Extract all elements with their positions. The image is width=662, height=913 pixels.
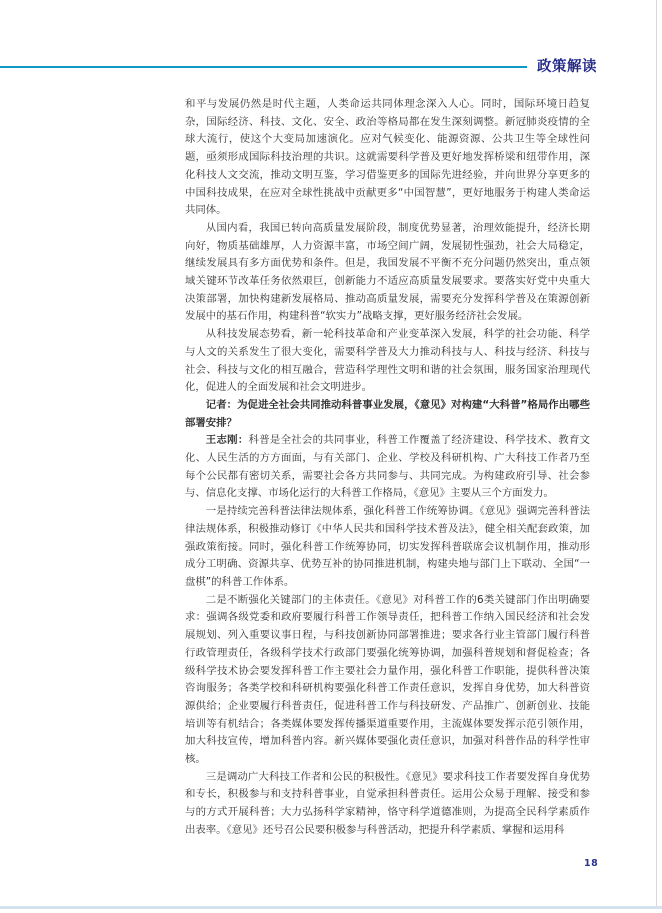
paragraph: 王志刚：科普是全社会的共同事业，科普工作覆盖了经济建设、科学技术、教育文化、人民…	[185, 432, 590, 503]
speaker-name: 王志刚：	[206, 434, 249, 446]
magazine-page: 政策解读 和平与发展仍然是时代主题，人类命运共同体理念深入人心。同时，国际环境日…	[0, 0, 662, 913]
paragraph: 和平与发展仍然是时代主题，人类命运共同体理念深入人心。同时，国际环境日趋复杂，国…	[185, 96, 590, 220]
paragraph: 从国内看，我国已转向高质量发展阶段，制度优势显著，治理效能提升，经济长期向好，物…	[185, 220, 590, 326]
paragraph: 记者：为促进全社会共同推动科普事业发展，《意见》对构建“大科普”格局作出哪些部署…	[185, 397, 590, 432]
page-number: 18	[584, 858, 598, 869]
header-rule	[0, 66, 527, 68]
section-label: 政策解读	[537, 55, 597, 76]
paragraph: 从科技发展态势看，新一轮科技革命和产业变革深入发展，科学的社会功能、科学与人文的…	[185, 326, 590, 397]
paragraph: 一是持续完善科普法律法规体系，强化科普工作统筹协调。《意见》强调完善科普法律法规…	[185, 503, 590, 592]
page-edge-bottom	[0, 906, 662, 909]
paragraph: 三是调动广大科技工作者和公民的积极性。《意见》要求科技工作者要发挥自身优势和专长…	[185, 769, 590, 840]
article-body: 和平与发展仍然是时代主题，人类命运共同体理念深入人心。同时，国际环境日趋复杂，国…	[185, 96, 590, 840]
page-edge-right	[656, 0, 657, 906]
paragraph: 二是不断强化关键部门的主体责任。《意见》对科普工作的6类关键部门作出明确要求：强…	[185, 592, 590, 769]
